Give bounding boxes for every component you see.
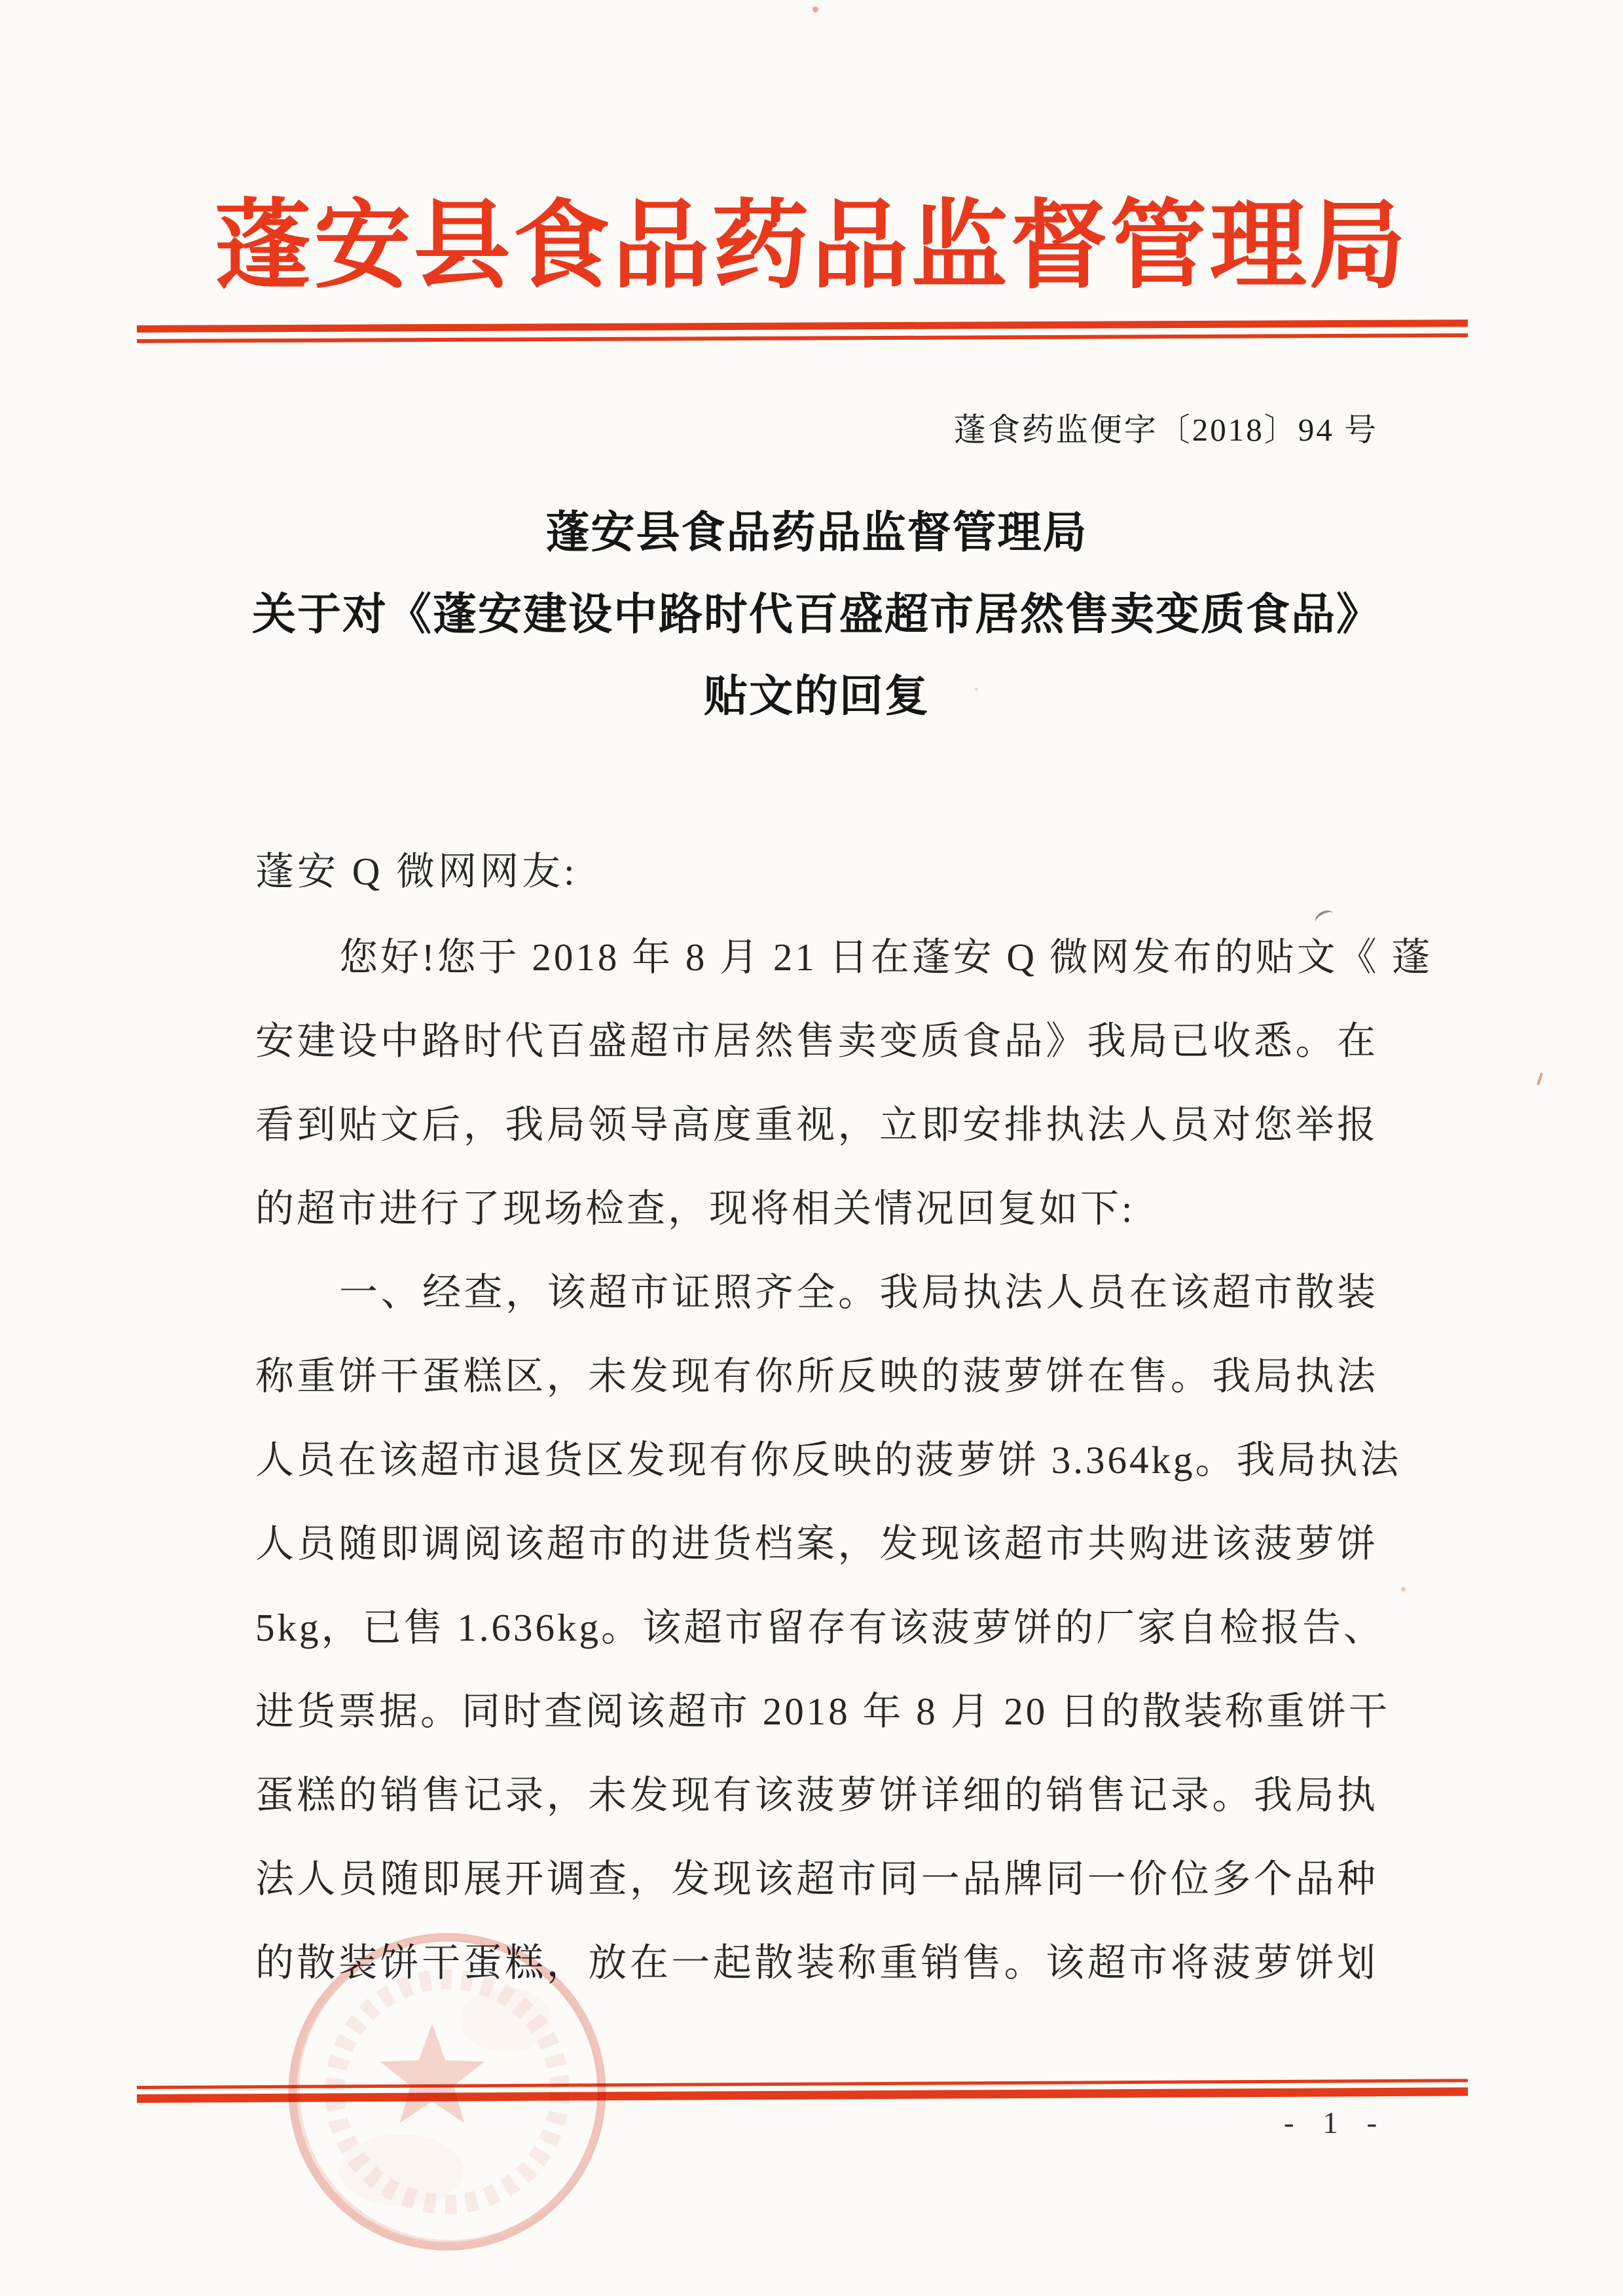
- body-line: 一、经查，该超市证照齐全。我局执法人员在该超市散装: [255, 1250, 1378, 1334]
- letterhead-double-rule: [137, 319, 1468, 325]
- body-text: 您好!您于 2018 年 8 月 21 日在蓬安 Q 微网发布的贴文《 蓬 安建…: [255, 915, 1378, 2005]
- title-line-1: 蓬安县食品药品监督管理局: [223, 492, 1411, 574]
- footer-double-rule: [137, 2079, 1468, 2086]
- body-line: 的散装饼干蛋糕，放在一起散装称重销售。该超市将菠萝饼划: [255, 1921, 1378, 2005]
- scan-artifact: [974, 687, 978, 691]
- scan-artifact: [914, 685, 918, 689]
- scanned-official-document: 蓬安县食品药品监督管理局 蓬食药监便字〔2018〕94 号 蓬安县食品药品监督管…: [0, 0, 1623, 2296]
- rule-thick: [137, 2087, 1468, 2103]
- body-line: 您好!您于 2018 年 8 月 21 日在蓬安 Q 微网发布的贴文《 蓬: [255, 915, 1378, 999]
- document-title: 蓬安县食品药品监督管理局 关于对《蓬安建设中路时代百盛超市居然售卖变质食品》 贴…: [223, 492, 1411, 738]
- salutation: 蓬安 Q 微网网友:: [255, 840, 578, 896]
- body-line: 蛋糕的销售记录，未发现有该菠萝饼详细的销售记录。我局执: [255, 1753, 1378, 1837]
- body-line: 的超市进行了现场检查，现将相关情况回复如下:: [255, 1167, 1378, 1250]
- scan-artifact: [1401, 1587, 1406, 1592]
- scan-artifact: [1537, 1072, 1543, 1085]
- scan-artifact: [812, 7, 818, 12]
- seal-star-icon: [380, 2024, 484, 2123]
- body-line: 法人员随即展开调查，发现该超市同一品牌同一价位多个品种: [255, 1837, 1378, 1921]
- body-line: 看到贴文后，我局领导高度重视，立即安排执法人员对您举报: [255, 1083, 1378, 1167]
- rule-thin: [137, 333, 1468, 343]
- title-line-2: 关于对《蓬安建设中路时代百盛超市居然售卖变质食品》: [223, 574, 1411, 656]
- body-line: 人员随即调阅该超市的进货档案，发现该超市共购进该菠萝饼: [255, 1502, 1378, 1586]
- body-line: 进货票据。同时查阅该超市 2018 年 8 月 20 日的散装称重饼干: [255, 1669, 1378, 1753]
- body-line: 5kg，已售 1.636kg。该超市留存有该菠萝饼的厂家自检报告、: [255, 1586, 1378, 1669]
- rule-thin: [137, 2079, 1468, 2089]
- body-line: 人员在该超市退货区发现有你反映的菠萝饼 3.364kg。我局执法: [255, 1418, 1378, 1502]
- title-line-3: 贴文的回复: [223, 656, 1411, 738]
- page-number: - 1 -: [1237, 2105, 1434, 2141]
- document-number: 蓬食药监便字〔2018〕94 号: [255, 405, 1378, 450]
- letterhead-agency-name: 蓬安县食品药品监督管理局: [0, 196, 1623, 298]
- body-line: 称重饼干蛋糕区，未发现有你所反映的菠萝饼在售。我局执法: [255, 1334, 1378, 1418]
- rule-thick: [137, 319, 1468, 333]
- body-line: 安建设中路时代百盛超市居然售卖变质食品》我局已收悉。在: [255, 999, 1378, 1083]
